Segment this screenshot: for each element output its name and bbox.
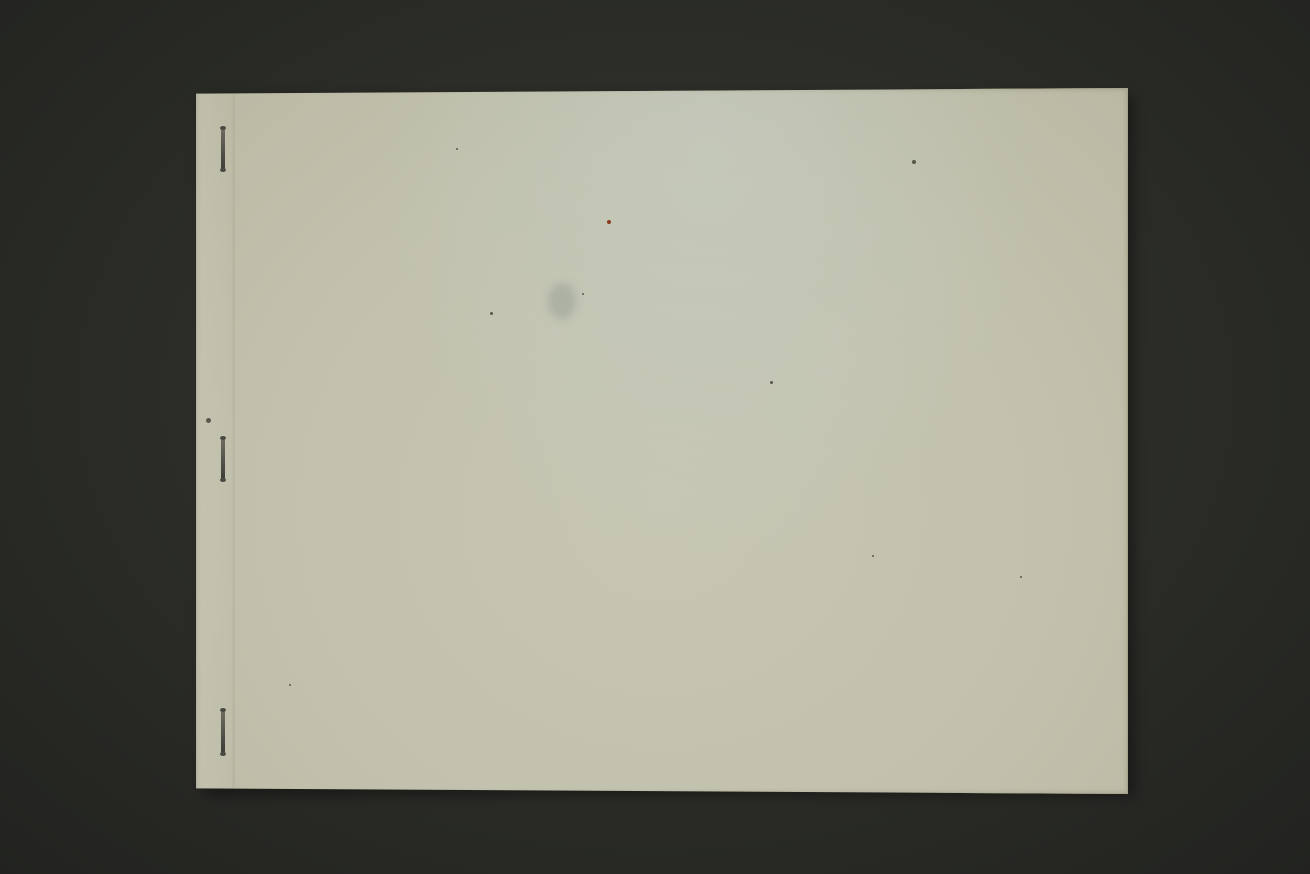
paper-speck: [206, 418, 211, 423]
photo-scene: [0, 0, 1310, 874]
paper-speck: [1020, 576, 1022, 578]
booklet-cover: [196, 88, 1128, 794]
paper-speck: [456, 148, 458, 150]
cover-stain: [548, 283, 576, 319]
binding-spine: [196, 88, 240, 794]
paper-speck: [582, 293, 584, 295]
paper-speck: [607, 220, 611, 224]
paper-speck: [490, 312, 493, 315]
paper-speck: [872, 555, 874, 557]
paper-speck: [289, 684, 291, 686]
staple-icon: [221, 438, 225, 480]
paper-speck: [770, 381, 773, 384]
paper-speck: [912, 160, 916, 164]
staple-icon: [221, 710, 225, 754]
staple-icon: [221, 128, 225, 170]
